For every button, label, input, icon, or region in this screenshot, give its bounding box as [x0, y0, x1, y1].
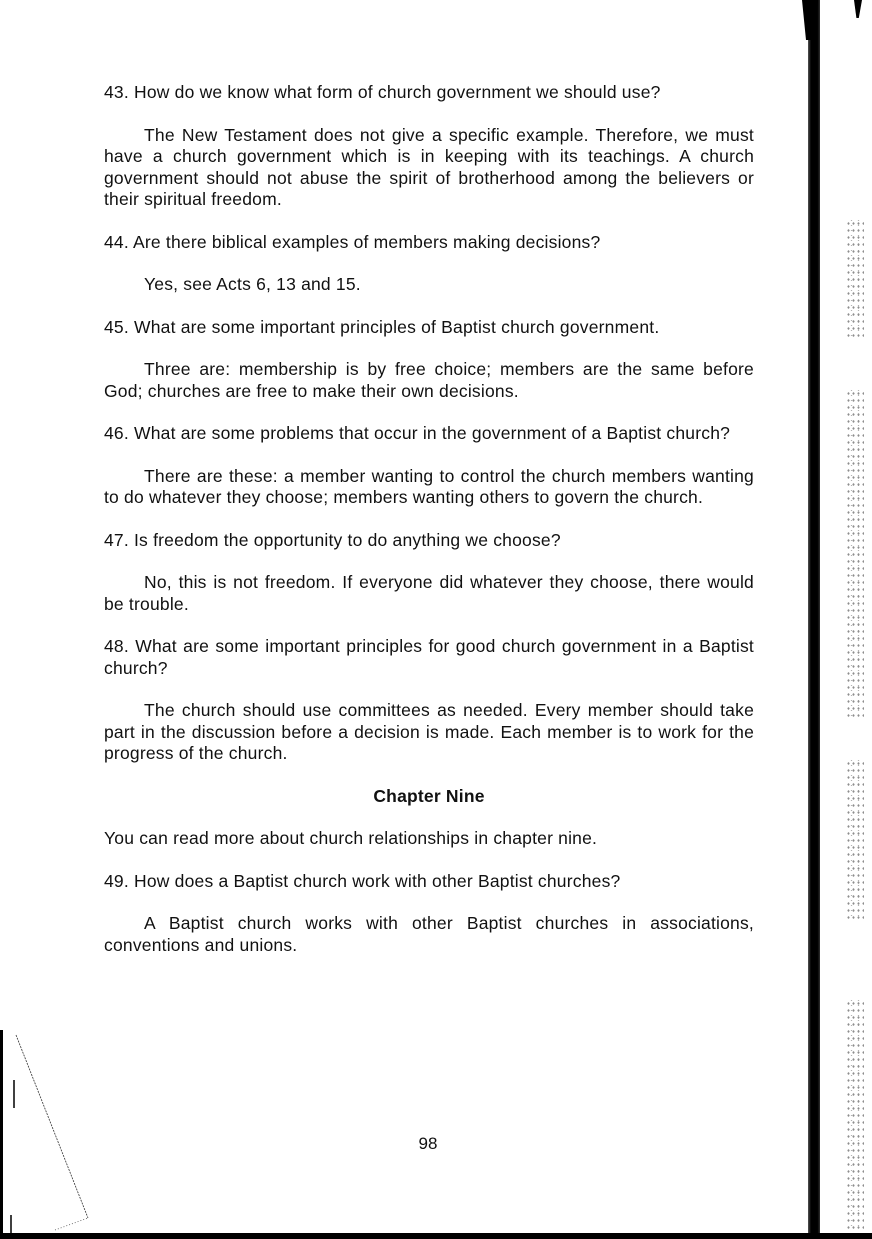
answer-47: No, this is not freedom. If everyone did… — [104, 572, 754, 615]
question-43: 43. How do we know what form of church g… — [104, 82, 754, 104]
scan-noise — [846, 1000, 864, 1230]
scan-artifact — [854, 0, 862, 18]
page-corner-fold — [0, 0, 120, 1239]
answer-44: Yes, see Acts 6, 13 and 15. — [104, 274, 754, 296]
scan-noise — [846, 220, 864, 340]
question-45: 45. What are some important principles o… — [104, 317, 754, 339]
scan-edge-bottom — [0, 1233, 872, 1239]
scan-noise — [846, 760, 864, 920]
page-body: 43. How do we know what form of church g… — [104, 82, 754, 977]
question-49: 49. How does a Baptist church work with … — [104, 871, 754, 893]
page-number: 98 — [0, 1134, 856, 1154]
scanned-page: 43. How do we know what form of church g… — [0, 0, 872, 1239]
question-46: 46. What are some problems that occur in… — [104, 423, 754, 445]
chapter-heading: Chapter Nine — [104, 786, 754, 808]
chapter-reference: You can read more about church relations… — [104, 828, 754, 850]
book-spine-shadow — [808, 0, 820, 1239]
question-48: 48. What are some important principles f… — [104, 636, 754, 679]
answer-43: The New Testament does not give a specif… — [104, 125, 754, 211]
answer-48: The church should use committees as need… — [104, 700, 754, 765]
answer-45: Three are: membership is by free choice;… — [104, 359, 754, 402]
answer-46: There are these: a member wanting to con… — [104, 466, 754, 509]
answer-49: A Baptist church works with other Baptis… — [104, 913, 754, 956]
scan-noise — [846, 390, 864, 720]
question-47: 47. Is freedom the opportunity to do any… — [104, 530, 754, 552]
question-44: 44. Are there biblical examples of membe… — [104, 232, 754, 254]
